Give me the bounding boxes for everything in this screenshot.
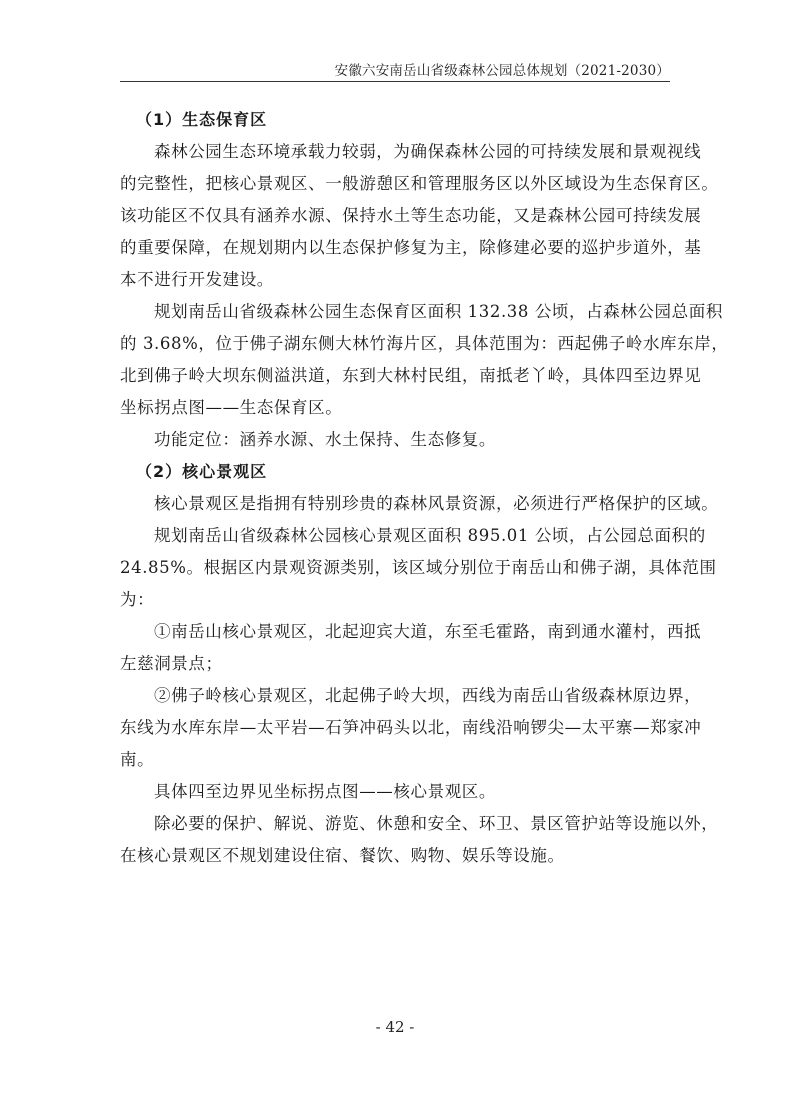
paragraph: ①南岳山核心景观区，北起迎宾大道，东至毛霍路，南到通水灌村，西抵 左慈洞景点； bbox=[120, 616, 674, 680]
text-line: 左慈洞景点； bbox=[120, 648, 674, 680]
text-line: 的重要保障，在规划期内以生态保护修复为主，除修建必要的巡护步道外，基 bbox=[120, 232, 674, 264]
text-line: 坐标拐点图——生态保育区。 bbox=[120, 392, 674, 424]
text-line: 24.85%。根据区内景观资源类别，该区域分别位于南岳山和佛子湖，具体范围 bbox=[120, 552, 674, 584]
running-header: 安徽六安南岳山省级森林公园总体规划（2021-2030） bbox=[120, 60, 670, 82]
text-line: 具体四至边界见坐标拐点图——核心景观区。 bbox=[120, 776, 674, 808]
text-line: 为： bbox=[120, 584, 674, 616]
section-heading-ecological-conservation: （1）生态保育区 bbox=[120, 104, 674, 136]
paragraph: 森林公园生态环境承载力较弱，为确保森林公园的可持续发展和景观视线 的完整性，把核… bbox=[120, 136, 674, 296]
paragraph: 核心景观区是指拥有特别珍贵的森林风景资源，必须进行严格保护的区域。 bbox=[120, 488, 674, 520]
text-line: 该功能区不仅具有涵养水源、保持水土等生态功能，又是森林公园可持续发展 bbox=[120, 200, 674, 232]
text-line: 功能定位：涵养水源、水土保持、生态修复。 bbox=[120, 424, 674, 456]
text-line: 在核心景观区不规划建设住宿、餐饮、购物、娱乐等设施。 bbox=[120, 840, 674, 872]
page-body: （1）生态保育区 森林公园生态环境承载力较弱，为确保森林公园的可持续发展和景观视… bbox=[120, 104, 674, 872]
paragraph: ②佛子岭核心景观区，北起佛子岭大坝，西线为南岳山省级森林原边界， 东线为水库东岸… bbox=[120, 680, 674, 776]
text-line: 南。 bbox=[120, 744, 674, 776]
paragraph: 规划南岳山省级森林公园生态保育区面积 132.38 公顷，占森林公园总面积 的 … bbox=[120, 296, 674, 424]
page-number: - 42 - bbox=[0, 1018, 790, 1036]
text-line: 北到佛子岭大坝东侧溢洪道，东到大林村民组，南抵老丫岭，具体四至边界见 bbox=[120, 360, 674, 392]
paragraph: 功能定位：涵养水源、水土保持、生态修复。 bbox=[120, 424, 674, 456]
text-line: 规划南岳山省级森林公园生态保育区面积 132.38 公顷，占森林公园总面积 bbox=[120, 296, 674, 328]
text-line: 核心景观区是指拥有特别珍贵的森林风景资源，必须进行严格保护的区域。 bbox=[120, 488, 674, 520]
paragraph: 规划南岳山省级森林公园核心景观区面积 895.01 公顷，占公园总面积的 24.… bbox=[120, 520, 674, 616]
text-line: 规划南岳山省级森林公园核心景观区面积 895.01 公顷，占公园总面积的 bbox=[120, 520, 674, 552]
text-line: 本不进行开发建设。 bbox=[120, 264, 674, 296]
paragraph: 除必要的保护、解说、游览、休憩和安全、环卫、景区管护站等设施以外， 在核心景观区… bbox=[120, 808, 674, 872]
text-line: 除必要的保护、解说、游览、休憩和安全、环卫、景区管护站等设施以外， bbox=[120, 808, 674, 840]
document-title: 安徽六安南岳山省级森林公园总体规划（2021-2030） bbox=[335, 63, 670, 79]
text-line: 的 3.68%，位于佛子湖东侧大林竹海片区，具体范围为：西起佛子岭水库东岸， bbox=[120, 328, 674, 360]
text-line: 森林公园生态环境承载力较弱，为确保森林公园的可持续发展和景观视线 bbox=[120, 136, 674, 168]
section-heading-core-landscape: （2）核心景观区 bbox=[120, 456, 674, 488]
text-line: 的完整性，把核心景观区、一般游憩区和管理服务区以外区域设为生态保育区。 bbox=[120, 168, 674, 200]
text-line: 东线为水库东岸—太平岩—石笋冲码头以北，南线沿响锣尖—太平寨—郑家冲 bbox=[120, 712, 674, 744]
paragraph: 具体四至边界见坐标拐点图——核心景观区。 bbox=[120, 776, 674, 808]
text-line: ①南岳山核心景观区，北起迎宾大道，东至毛霍路，南到通水灌村，西抵 bbox=[120, 616, 674, 648]
text-line: ②佛子岭核心景观区，北起佛子岭大坝，西线为南岳山省级森林原边界， bbox=[120, 680, 674, 712]
